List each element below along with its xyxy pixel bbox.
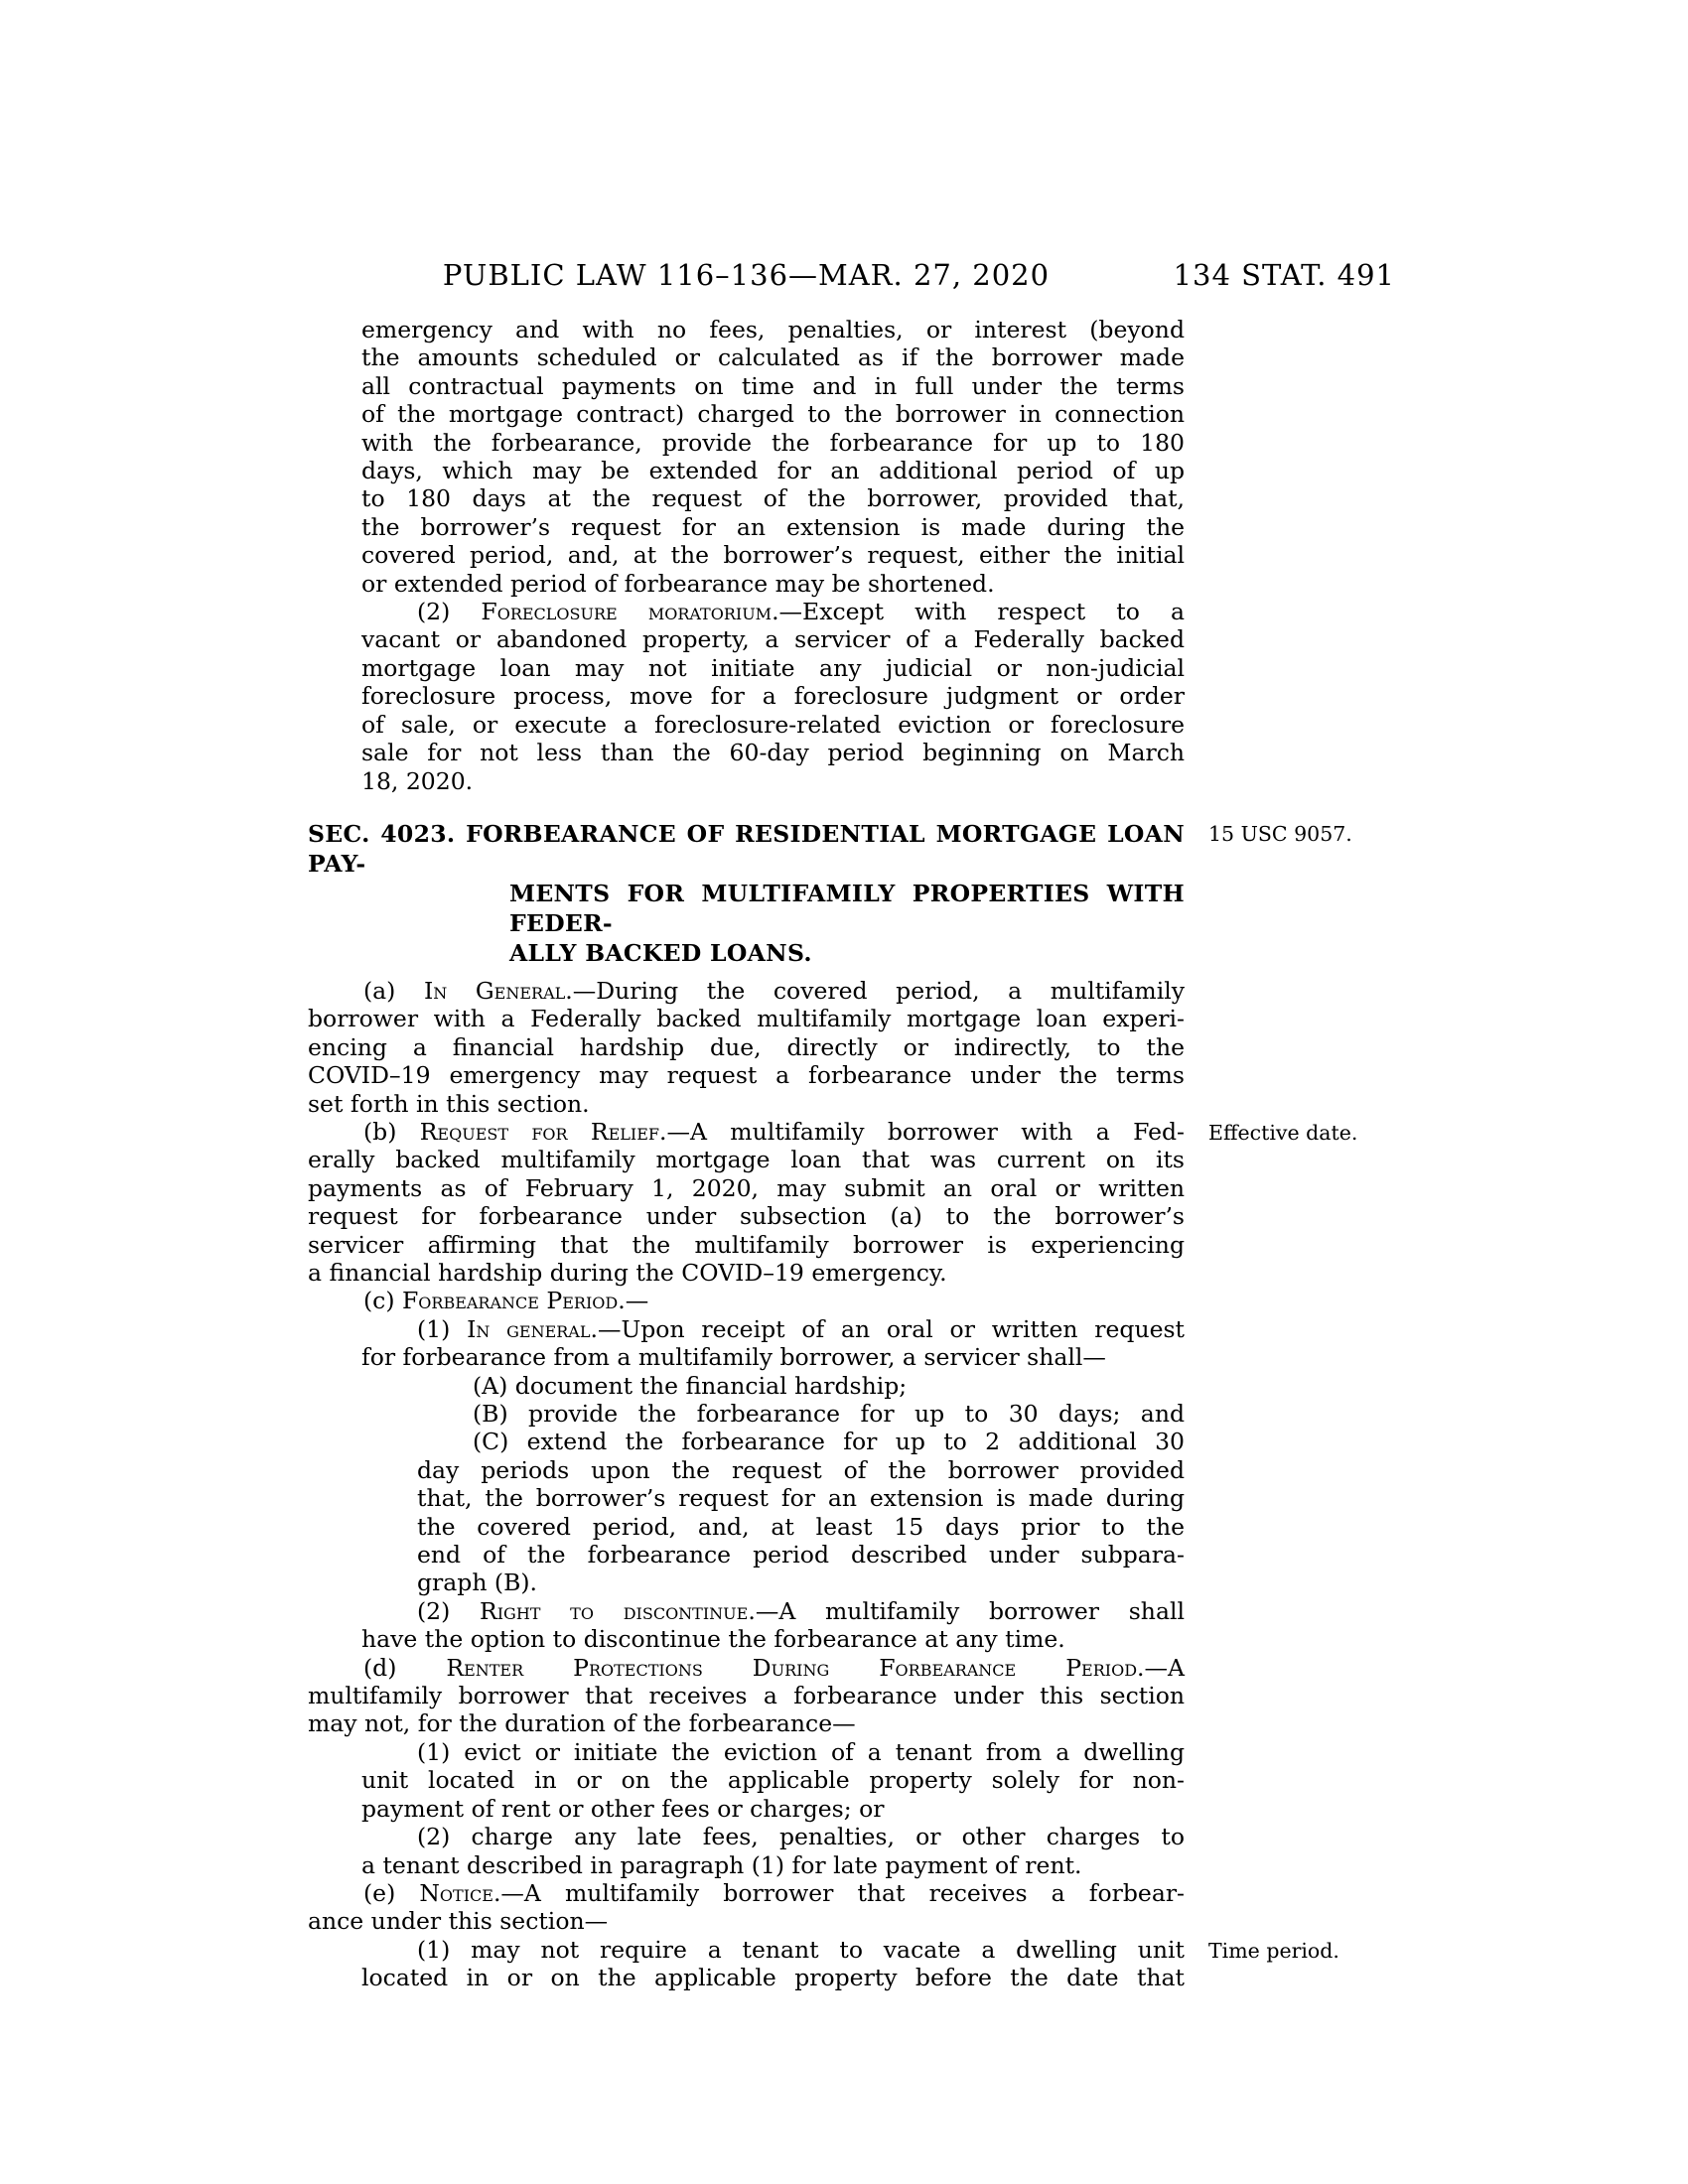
text-run: (d): [363, 1654, 446, 1682]
text-line: have the option to discontinue the forbe…: [308, 1625, 1185, 1653]
text-run: .—A multifamily borrower shall: [748, 1597, 1185, 1625]
text-line: graph (B).: [308, 1569, 1185, 1596]
text-line: mortgage loan may not initiate any judic…: [308, 654, 1185, 682]
text-run: .—A: [1137, 1654, 1185, 1682]
text-run: erally backed multifamily mortgage loan …: [308, 1146, 1185, 1173]
margin-note: Time period.: [1208, 1939, 1339, 1963]
text-run: .—During the covered period, a multifami…: [565, 977, 1185, 1005]
text-line: to 180 days at the request of the borrow…: [308, 484, 1185, 512]
running-header-law-title: PUBLIC LAW 116–136—MAR. 27, 2020: [308, 258, 1185, 292]
text-line: or extended period of forbearance may be…: [308, 570, 1185, 598]
text-run: .—Except with respect to a: [772, 598, 1185, 625]
text-line: set forth in this section.: [308, 1090, 1185, 1118]
text-run: located in or on the applicable property…: [361, 1964, 1185, 1991]
text-line: (C) extend the forbearance for up to 2 a…: [308, 1428, 1185, 1455]
text-run: COVID–19 emergency may request a forbear…: [308, 1061, 1185, 1089]
text-run: day periods upon the request of the borr…: [417, 1456, 1185, 1484]
text-line: ance under this section—: [308, 1907, 1185, 1935]
paragraph-c2-right-to-discontinue: (2) Right to discontinue.—A multifamily …: [308, 1597, 1185, 1654]
document-page: PUBLIC LAW 116–136—MAR. 27, 2020 134 STA…: [0, 0, 1688, 2184]
text-line: (b) Request for Relief.—A multifamily bo…: [308, 1118, 1185, 1146]
text-line: multifamily borrower that receives a for…: [308, 1682, 1185, 1709]
paragraph-c1-C: (C) extend the forbearance for up to 2 a…: [308, 1428, 1185, 1596]
section-heading: SEC. 4023. FORBEARANCE OF RESIDENTIAL MO…: [308, 819, 1185, 968]
text-line: a tenant described in paragraph (1) for …: [308, 1851, 1185, 1879]
text-run: mortgage loan may not initiate any judic…: [361, 654, 1185, 682]
text-run: that, the borrower’s request for an exte…: [417, 1484, 1185, 1512]
text-line: unit located in or on the applicable pro…: [308, 1766, 1185, 1794]
text-run: multifamily borrower that receives a for…: [308, 1682, 1185, 1709]
text-line: a financial hardship during the COVID–19…: [308, 1259, 1185, 1287]
text-run: vacant or abandoned property, a servicer…: [361, 625, 1185, 653]
paragraph-foreclosure-moratorium: (2) Foreclosure moratorium.—Except with …: [308, 598, 1185, 795]
text-run: (1) evict or initiate the eviction of a …: [417, 1738, 1185, 1766]
text-run: .—A multifamily borrower that receives a…: [493, 1879, 1185, 1907]
paragraph-c1-A: (A) document the financial hardship;: [308, 1372, 1185, 1400]
text-line: emergency and with no fees, penalties, o…: [308, 316, 1185, 343]
text-run: covered period, and, at the borrower’s r…: [361, 541, 1185, 569]
text-run: .—A multifamily borrower with a Fed-: [659, 1118, 1185, 1146]
text-run: emergency and with no fees, penalties, o…: [361, 316, 1185, 343]
text-run: of sale, or execute a foreclosure-relate…: [361, 711, 1185, 739]
text-line: request for forbearance under subsection…: [308, 1202, 1185, 1230]
text-run: a tenant described in paragraph (1) for …: [361, 1851, 1082, 1879]
paragraph-subsec-c-forbearance-period: (c) Forbearance Period.—: [308, 1287, 1185, 1314]
text-line: payment of rent or other fees or charges…: [308, 1795, 1185, 1823]
text-run: .—: [618, 1287, 648, 1314]
text-run: ance under this section—: [308, 1907, 608, 1935]
text-line: (2) Foreclosure moratorium.—Except with …: [308, 598, 1185, 625]
text-run: to 180 days at the request of the borrow…: [361, 484, 1185, 512]
small-caps-run: In General: [424, 977, 565, 1005]
text-run: sale for not less than the 60-day period…: [361, 739, 1185, 766]
text-run: all contractual payments on time and in …: [361, 372, 1185, 400]
text-line: all contractual payments on time and in …: [308, 372, 1185, 400]
text-line: (c) Forbearance Period.—: [308, 1287, 1185, 1314]
text-line: encing a financial hardship due, directl…: [308, 1033, 1185, 1061]
text-line: (1) may not require a tenant to vacate a…: [308, 1936, 1185, 1964]
text-line: foreclosure process, move for a foreclos…: [308, 682, 1185, 710]
paragraph-c1-B: (B) provide the forbearance for up to 30…: [308, 1400, 1185, 1428]
paragraph-subsec-e-notice: (e) Notice.—A multifamily borrower that …: [308, 1879, 1185, 1936]
text-line: COVID–19 emergency may request a forbear…: [308, 1061, 1185, 1089]
text-line: for forbearance from a multifamily borro…: [308, 1343, 1185, 1371]
running-header-statute-page-number: 134 STAT. 491: [1167, 258, 1395, 292]
text-run: may not, for the duration of the forbear…: [308, 1709, 856, 1737]
text-line: (A) document the financial hardship;: [308, 1372, 1185, 1400]
text-run: (1) may not require a tenant to vacate a…: [417, 1936, 1185, 1964]
margin-note: 15 USC 9057.: [1208, 822, 1352, 846]
text-line: the covered period, and, at least 15 day…: [308, 1513, 1185, 1541]
paragraph-c1-in-general: (1) In general.—Upon receipt of an oral …: [308, 1315, 1185, 1372]
text-run: (1): [417, 1315, 467, 1343]
text-line: vacant or abandoned property, a servicer…: [308, 625, 1185, 653]
text-line: MENTS FOR MULTIFAMILY PROPERTIES WITH FE…: [308, 879, 1185, 938]
text-run: borrower with a Federally backed multifa…: [308, 1005, 1185, 1032]
text-line: day periods upon the request of the borr…: [308, 1456, 1185, 1484]
text-line: (2) Right to discontinue.—A multifamily …: [308, 1597, 1185, 1625]
text-run: MENTS FOR MULTIFAMILY PROPERTIES WITH FE…: [509, 880, 1185, 937]
text-run: the covered period, and, at least 15 day…: [417, 1513, 1185, 1541]
text-line: (1) In general.—Upon receipt of an oral …: [308, 1315, 1185, 1343]
paragraph-d2-late-fees: (2) charge any late fees, penalties, or …: [308, 1823, 1185, 1879]
text-run: payment of rent or other fees or charges…: [361, 1795, 884, 1823]
text-line: (d) Renter Protections During Forbearanc…: [308, 1654, 1185, 1682]
paragraph-subsec-b-request-for-relief: (b) Request for Relief.—A multifamily bo…: [308, 1118, 1185, 1287]
text-run: end of the forbearance period described …: [417, 1541, 1185, 1569]
text-run: payments as of February 1, 2020, may sub…: [308, 1174, 1185, 1202]
small-caps-run: In general: [467, 1315, 590, 1343]
text-run: request for forbearance under subsection…: [308, 1202, 1185, 1230]
text-line: ALLY BACKED LOANS.: [308, 938, 1185, 968]
text-line: the amounts scheduled or calculated as i…: [308, 343, 1185, 371]
text-run: unit located in or on the applicable pro…: [361, 1766, 1185, 1794]
text-line: may not, for the duration of the forbear…: [308, 1709, 1185, 1737]
text-line: SEC. 4023. FORBEARANCE OF RESIDENTIAL MO…: [308, 819, 1185, 879]
text-line: located in or on the applicable property…: [308, 1964, 1185, 1991]
text-run: of the mortgage contract) charged to the…: [361, 400, 1185, 428]
margin-note: Effective date.: [1208, 1121, 1357, 1145]
text-run: (e): [363, 1879, 419, 1907]
paragraph-subsec-a-in-general: (a) In General.—During the covered perio…: [308, 977, 1185, 1118]
small-caps-run: Forbearance Period: [402, 1287, 618, 1314]
text-run: (C) extend the forbearance for up to 2 a…: [473, 1428, 1185, 1455]
paragraph-subsec-d-renter-protections: (d) Renter Protections During Forbearanc…: [308, 1654, 1185, 1738]
text-line: (a) In General.—During the covered perio…: [308, 977, 1185, 1005]
text-run: the amounts scheduled or calculated as i…: [361, 343, 1185, 371]
text-run: for forbearance from a multifamily borro…: [361, 1343, 1106, 1371]
text-run: a financial hardship during the COVID–19…: [308, 1259, 947, 1287]
small-caps-run: Renter Protections During Forbearance Pe…: [446, 1654, 1137, 1682]
text-line: covered period, and, at the borrower’s r…: [308, 541, 1185, 569]
text-run: days, which may be extended for an addit…: [361, 457, 1185, 484]
text-line: payments as of February 1, 2020, may sub…: [308, 1174, 1185, 1202]
text-run: (2) charge any late fees, penalties, or …: [417, 1823, 1185, 1850]
text-line: of sale, or execute a foreclosure-relate…: [308, 711, 1185, 739]
text-line: sale for not less than the 60-day period…: [308, 739, 1185, 766]
text-run: (c): [363, 1287, 402, 1314]
text-run: (b): [363, 1118, 420, 1146]
text-line: (e) Notice.—A multifamily borrower that …: [308, 1879, 1185, 1907]
text-run: (a): [363, 977, 424, 1005]
small-caps-run: Foreclosure moratorium: [481, 598, 772, 625]
text-line: borrower with a Federally backed multifa…: [308, 1005, 1185, 1032]
text-line: of the mortgage contract) charged to the…: [308, 400, 1185, 428]
small-caps-run: Request for Relief: [420, 1118, 659, 1146]
text-run: (A) document the financial hardship;: [473, 1372, 907, 1400]
text-line: the borrower’s request for an extension …: [308, 513, 1185, 541]
text-run: foreclosure process, move for a foreclos…: [361, 682, 1185, 710]
text-run: with the forbearance, provide the forbea…: [361, 429, 1185, 457]
text-line: days, which may be extended for an addit…: [308, 457, 1185, 484]
text-run: graph (B).: [417, 1569, 537, 1596]
text-run: 18, 2020.: [361, 767, 473, 795]
text-run: (2): [417, 598, 481, 625]
text-line: erally backed multifamily mortgage loan …: [308, 1146, 1185, 1173]
small-caps-run: Right to discontinue: [480, 1597, 748, 1625]
text-run: set forth in this section.: [308, 1090, 590, 1118]
text-run: the borrower’s request for an extension …: [361, 513, 1185, 541]
text-line: with the forbearance, provide the forbea…: [308, 429, 1185, 457]
text-run: SEC. 4023. FORBEARANCE OF RESIDENTIAL MO…: [308, 820, 1185, 878]
paragraph-forbearance-continuation: emergency and with no fees, penalties, o…: [308, 316, 1185, 598]
text-line: end of the forbearance period described …: [308, 1541, 1185, 1569]
text-run: have the option to discontinue the forbe…: [361, 1625, 1065, 1653]
text-run: ALLY BACKED LOANS.: [509, 939, 812, 967]
text-run: servicer affirming that the multifamily …: [308, 1231, 1185, 1259]
paragraph-e1-vacate: (1) may not require a tenant to vacate a…: [308, 1936, 1185, 1992]
text-run: (2): [417, 1597, 480, 1625]
text-line: (1) evict or initiate the eviction of a …: [308, 1738, 1185, 1766]
text-run: encing a financial hardship due, directl…: [308, 1033, 1185, 1061]
small-caps-run: Notice: [419, 1879, 493, 1907]
text-run: .—Upon receipt of an oral or written req…: [590, 1315, 1185, 1343]
paragraph-d1-evict: (1) evict or initiate the eviction of a …: [308, 1738, 1185, 1823]
text-line: 18, 2020.: [308, 767, 1185, 795]
text-run: or extended period of forbearance may be…: [361, 570, 995, 598]
text-run: (B) provide the forbearance for up to 30…: [473, 1400, 1185, 1428]
statute-text-column: emergency and with no fees, penalties, o…: [308, 316, 1185, 1992]
text-line: (2) charge any late fees, penalties, or …: [308, 1823, 1185, 1850]
text-line: that, the borrower’s request for an exte…: [308, 1484, 1185, 1512]
text-line: (B) provide the forbearance for up to 30…: [308, 1400, 1185, 1428]
text-line: servicer affirming that the multifamily …: [308, 1231, 1185, 1259]
